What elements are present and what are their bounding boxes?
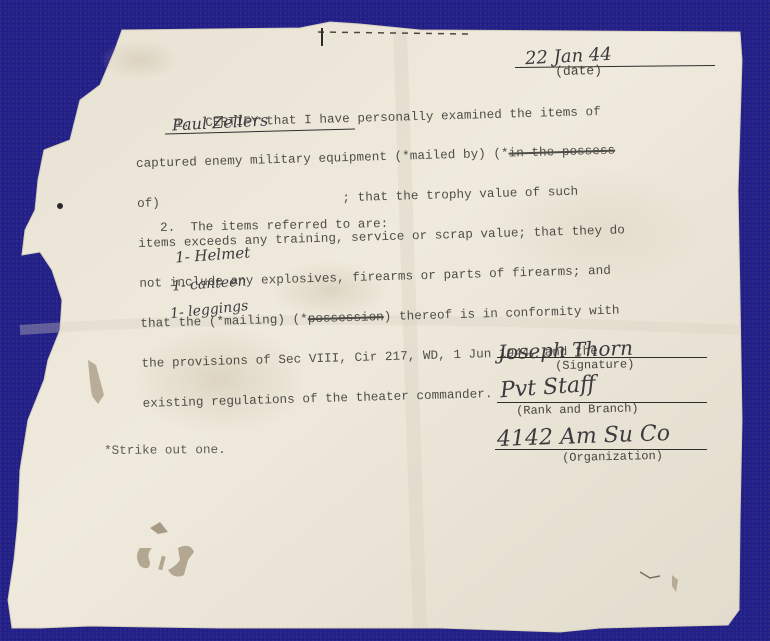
para1-line-3: of) ; that the trophy value of such bbox=[137, 185, 624, 212]
certificate-document: 22 Jan 44 (date) 1. CERTIFY that I have … bbox=[0, 0, 770, 641]
organization-caption: (Organization) bbox=[562, 449, 663, 465]
para1-line-2: captured enemy military equipment (*mail… bbox=[136, 145, 623, 172]
rank-branch-caption: (Rank and Branch) bbox=[516, 401, 639, 418]
date-caption: (date) bbox=[555, 63, 602, 79]
footnote: *Strike out one. bbox=[104, 444, 226, 458]
